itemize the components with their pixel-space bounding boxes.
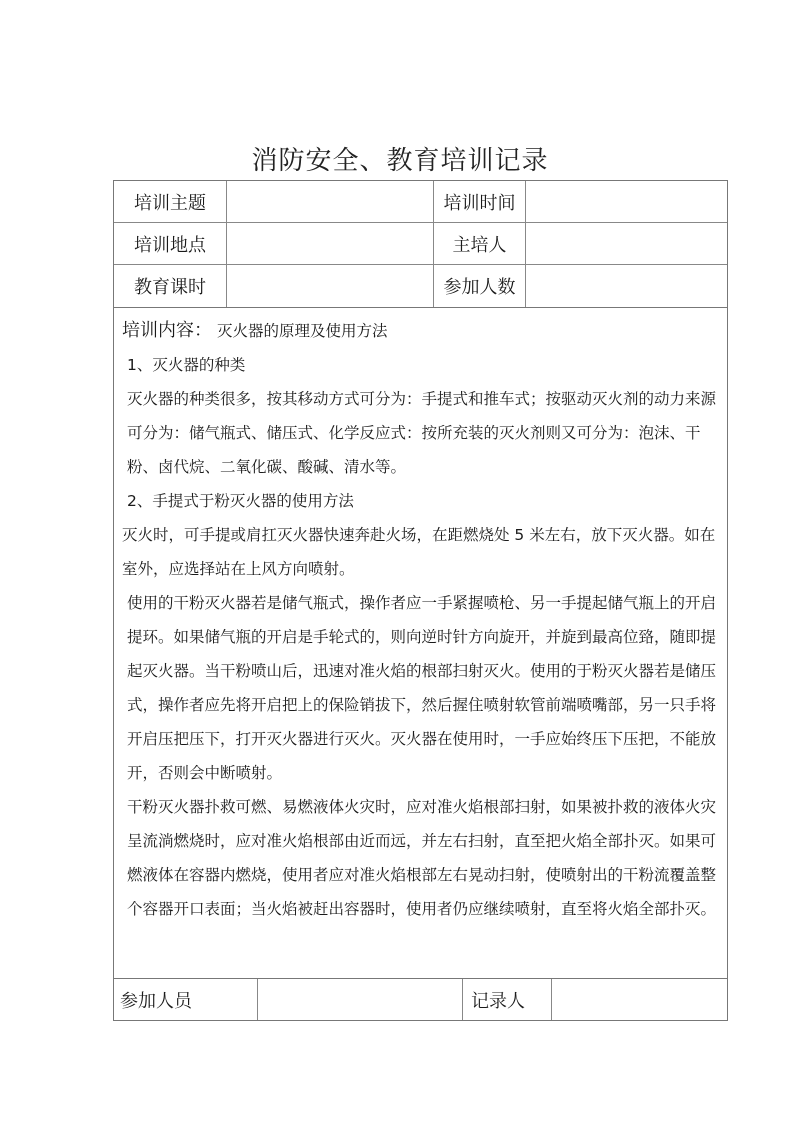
attendee-count-value-field[interactable] (526, 265, 727, 307)
location-label: 培训地点 (114, 223, 227, 264)
topic-value-field[interactable] (227, 181, 434, 222)
time-label: 培训时间 (434, 181, 526, 222)
hours-label: 教育课时 (114, 265, 227, 307)
location-value-field[interactable] (227, 223, 434, 264)
section2-paragraph-1: 灭火时，可手提或肩扛灭火器快速奔赴火场，在距燃烧处 5 米左右，放下灭火器。如在… (122, 518, 719, 586)
section1-title: 1、灭火器的种类 (122, 348, 719, 382)
participants-value-field[interactable] (258, 979, 463, 1020)
section2-paragraph-2: 使用的干粉灭火器若是储气瓶式，操作者应一手紧握喷枪、另一手提起储气瓶上的开启提环… (122, 586, 719, 790)
header-row-location-trainer: 培训地点 主培人 (114, 223, 727, 265)
section1-paragraph: 灭火器的种类很多，按其移动方式可分为：手提式和推车式；按驱动灭火剂的动力来源可分… (122, 382, 719, 484)
attendee-count-label: 参加人数 (434, 265, 526, 307)
content-heading: 培训内容： 灭火器的原理及使用方法 (122, 314, 719, 348)
content-label: 培训内容： (122, 320, 212, 341)
topic-label: 培训主题 (114, 181, 227, 222)
recorder-value-field[interactable] (552, 979, 727, 1020)
trainer-label: 主培人 (434, 223, 526, 264)
hours-value-field[interactable] (227, 265, 434, 307)
footer-table: 参加人员 记录人 (113, 978, 728, 1021)
header-table: 培训主题 培训时间 培训地点 主培人 教育课时 参加人数 (113, 180, 728, 308)
header-row-hours-attendees: 教育课时 参加人数 (114, 265, 727, 307)
time-value-field[interactable] (526, 181, 727, 222)
training-content-section: 培训内容： 灭火器的原理及使用方法 1、灭火器的种类 灭火器的种类很多，按其移动… (113, 306, 728, 979)
content-topic: 灭火器的原理及使用方法 (217, 322, 388, 340)
document-title: 消防安全、教育培训记录 (0, 140, 800, 177)
header-row-topic-time: 培训主题 培训时间 (114, 181, 727, 223)
recorder-label: 记录人 (463, 979, 552, 1020)
trainer-value-field[interactable] (526, 223, 727, 264)
section2-title: 2、手提式于粉灭火器的使用方法 (122, 484, 719, 518)
section2-paragraph-3: 干粉灭火器扑救可燃、易燃液体火灾时，应对准火焰根部扫射，如果被扑救的液体火灾呈流… (122, 790, 719, 926)
participants-label: 参加人员 (114, 979, 258, 1020)
